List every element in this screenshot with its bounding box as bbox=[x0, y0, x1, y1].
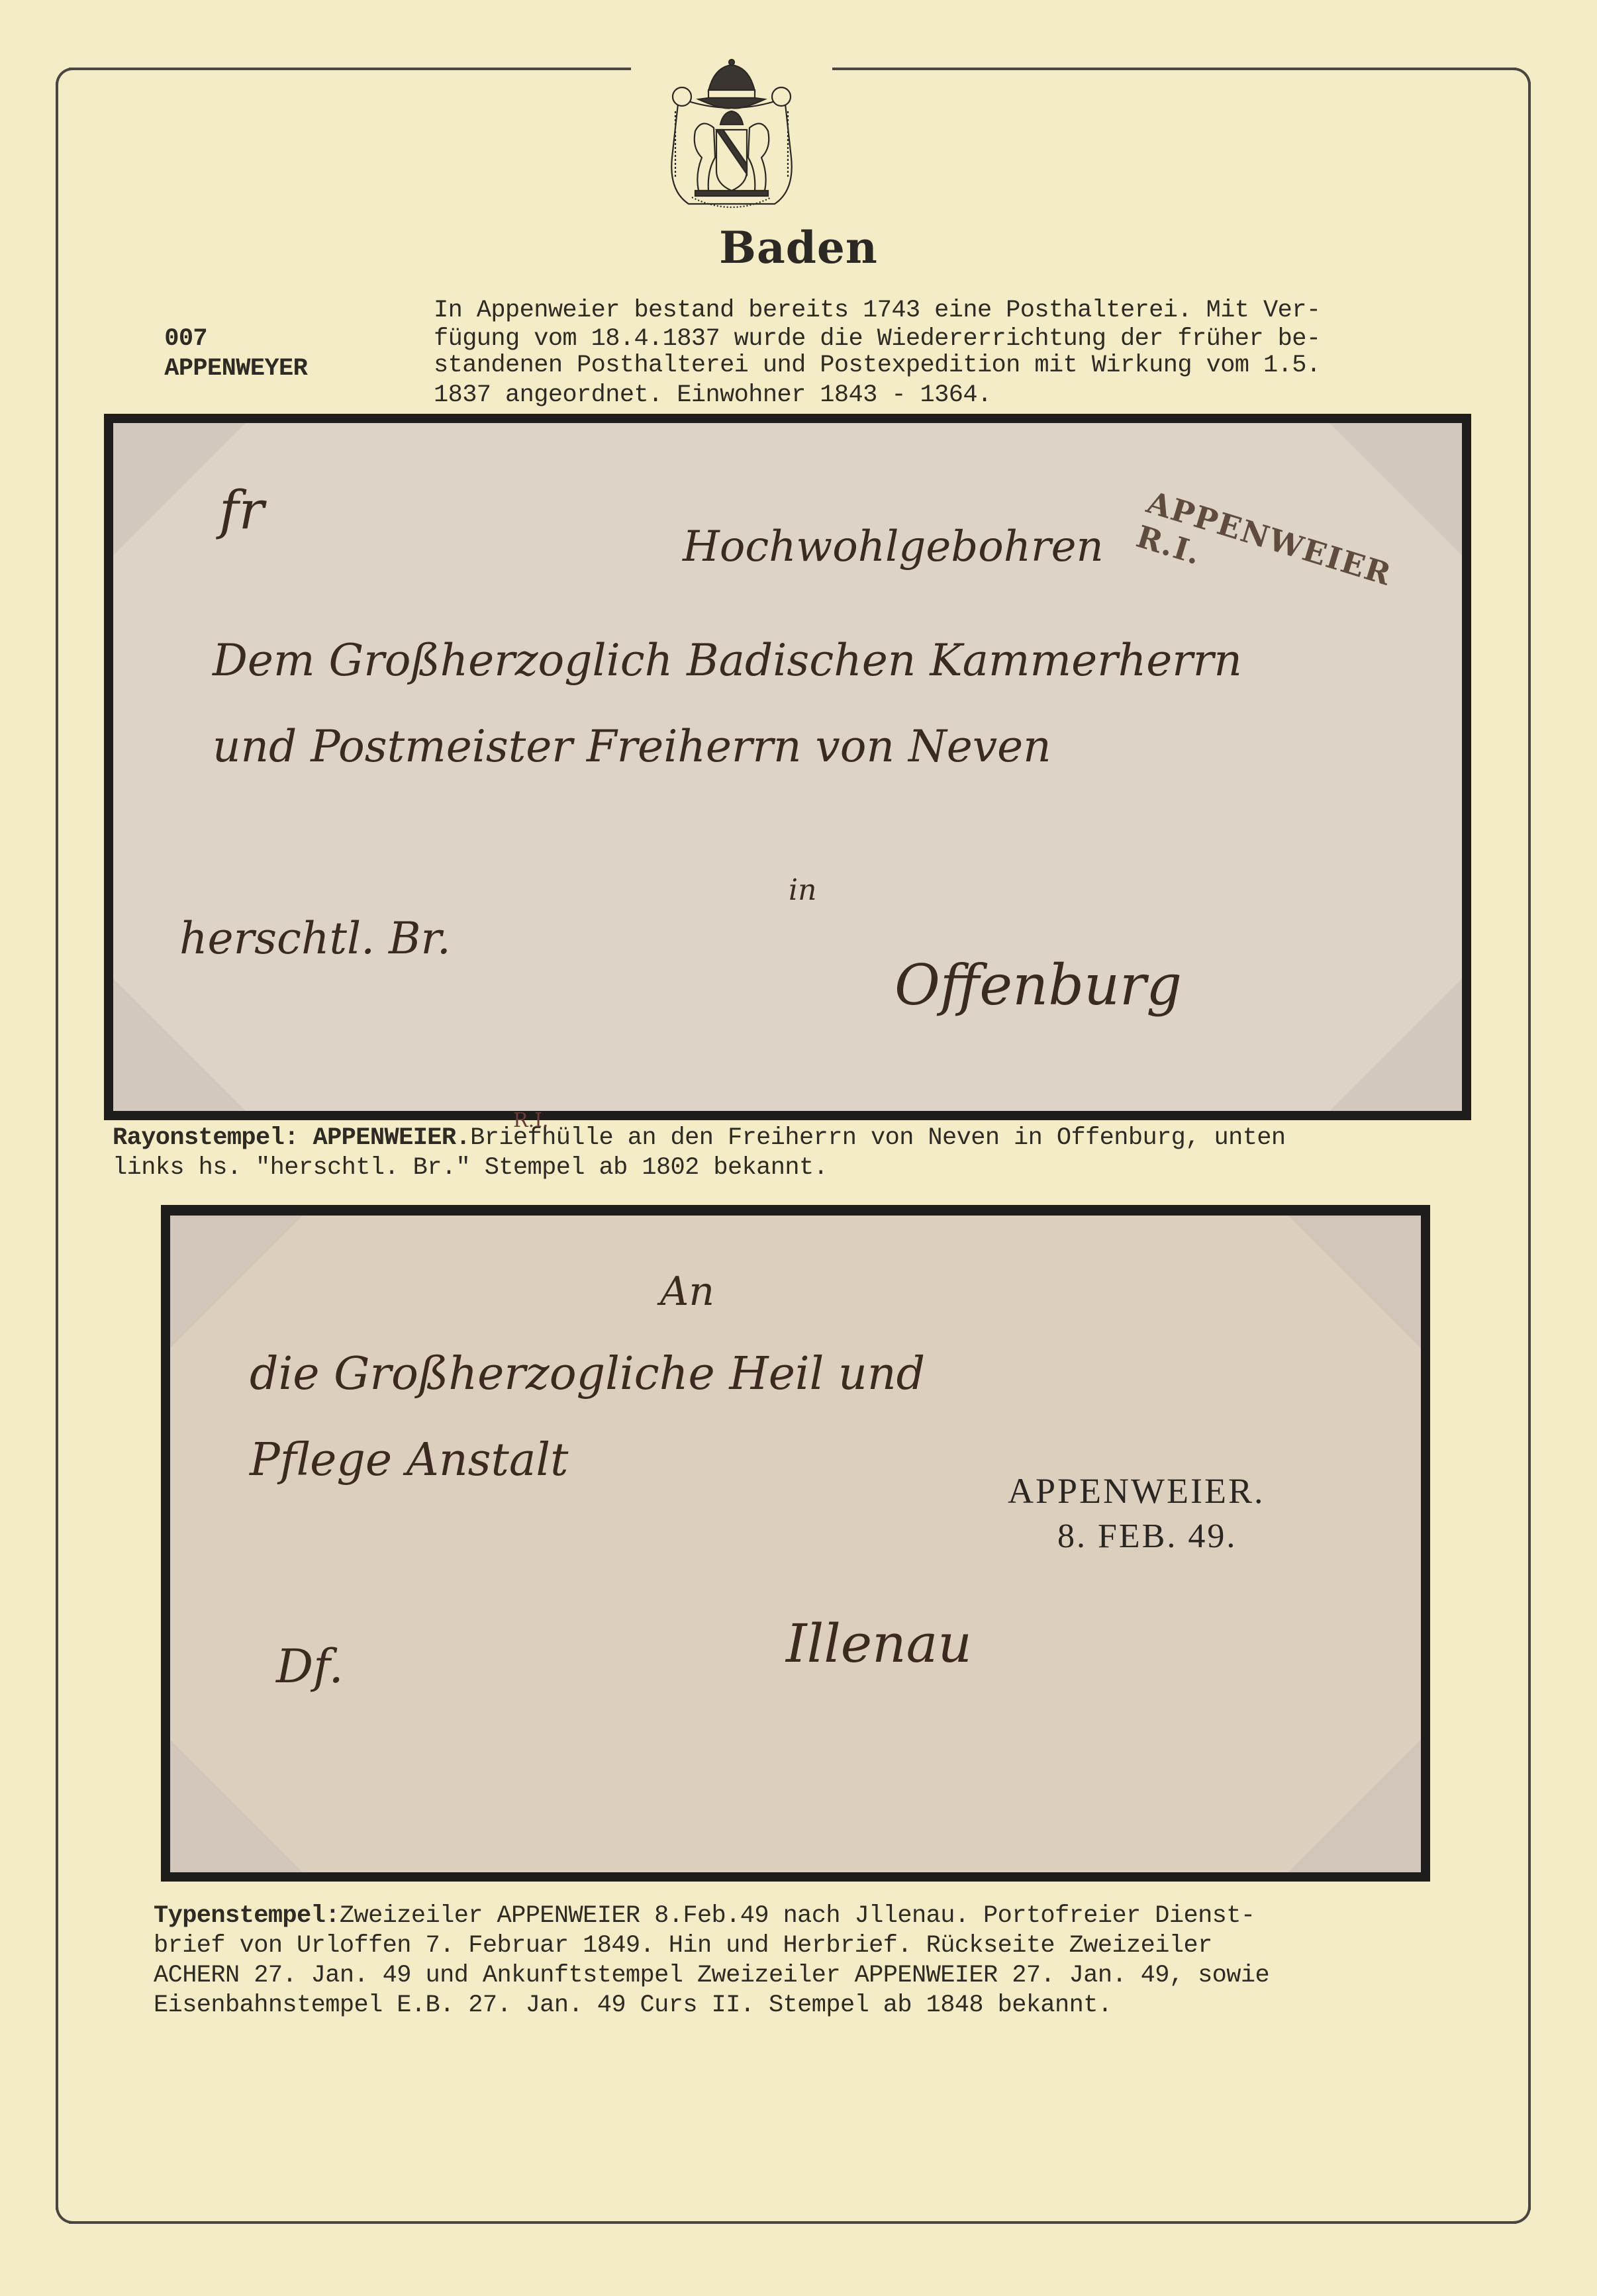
frame-corner bbox=[1502, 68, 1531, 97]
type-postmark-line-2: 8. FEB. 49. bbox=[1057, 1517, 1237, 1556]
cover-1-paper: fr APPENWEIER R.I. Hochwohlgebohren Dem … bbox=[113, 423, 1462, 1111]
caption-1-text: Briefhülle an den Freiherrn von Neven in… bbox=[470, 1124, 1285, 1152]
photo-corner bbox=[1288, 1740, 1421, 1872]
handwriting-destination: Illenau bbox=[786, 1613, 972, 1674]
entry-number: 007 APPENWEYER bbox=[136, 295, 307, 384]
rayon-postmark: APPENWEIER R.I. bbox=[1132, 484, 1459, 646]
handwriting-address-5: Offenburg bbox=[895, 953, 1182, 1018]
page-title: Baden bbox=[0, 222, 1597, 273]
entry-place: APPENWEYER bbox=[164, 355, 307, 383]
caption-2-line-3: ACHERN 27. Jan. 49 und Ankunftstempel Zw… bbox=[154, 1961, 1269, 1991]
header-line-4: 1837 angeordnet. Einwohner 1843 - 1364. bbox=[434, 381, 992, 410]
handwriting-address-1: Hochwohlgebohren bbox=[683, 522, 1104, 571]
photo-corner bbox=[170, 1740, 303, 1872]
handwriting-franco: fr bbox=[219, 479, 264, 541]
caption-2-line-2: brief von Urloffen 7. Februar 1849. Hin … bbox=[154, 1931, 1212, 1961]
caption-1-label: Rayonstempel: bbox=[113, 1124, 299, 1152]
photo-corner bbox=[170, 1216, 303, 1348]
frame-corner bbox=[56, 68, 85, 97]
caption-1-line-2: links hs. "herschtl. Br." Stempel ab 180… bbox=[113, 1153, 828, 1183]
caption-2-label: Typenstempel: bbox=[154, 1902, 340, 1930]
handwriting-address-3: und Postmeister Freiherrn von Neven bbox=[213, 721, 1051, 772]
handwriting-address-3: Pflege Anstalt bbox=[250, 1434, 568, 1486]
photo-corner bbox=[1288, 1216, 1421, 1348]
frame-top-right bbox=[832, 68, 1516, 70]
caption-2-text: Zweizeiler APPENWEIER 8.Feb.49 nach Jlle… bbox=[340, 1902, 1255, 1930]
caption-2-line-1: Typenstempel:Zweizeiler APPENWEIER 8.Feb… bbox=[154, 1901, 1255, 1931]
handwriting-note: Df. bbox=[276, 1639, 344, 1694]
handwriting-address-4: in bbox=[789, 873, 816, 907]
frame-corner bbox=[1502, 2195, 1531, 2224]
handwriting-address-2: Dem Großherzoglich Badischen Kammerherrn bbox=[213, 635, 1242, 686]
cover-2-paper: An die Großherzogliche Heil und Pflege A… bbox=[170, 1216, 1421, 1872]
handwriting-address-2: die Großherzogliche Heil und bbox=[250, 1348, 925, 1400]
cover-1: fr APPENWEIER R.I. Hochwohlgebohren Dem … bbox=[104, 414, 1471, 1120]
caption-1-stamp-name: APPENWEIER. bbox=[313, 1124, 470, 1152]
header-line-3: standenen Posthalterei und Postexpeditio… bbox=[434, 351, 1320, 381]
frame-right bbox=[1528, 82, 1531, 2210]
photo-corner bbox=[113, 979, 246, 1111]
photo-corner bbox=[1330, 423, 1462, 555]
photo-corner bbox=[1330, 979, 1462, 1111]
cover-2: An die Großherzogliche Heil und Pflege A… bbox=[161, 1205, 1430, 1882]
frame-corner bbox=[56, 2195, 85, 2224]
header-line-2: fügung vom 18.4.1837 wurde die Wiedererr… bbox=[434, 324, 1320, 354]
frame-left bbox=[56, 82, 58, 2210]
handwriting-note: herschtl. Br. bbox=[179, 913, 451, 964]
caption-2-line-4: Eisenbahnstempel E.B. 27. Jan. 49 Curs I… bbox=[154, 1991, 1112, 2021]
entry-number-value: 007 bbox=[164, 325, 207, 353]
handwriting-address-1: An bbox=[660, 1268, 714, 1315]
caption-1-line-1: Rayonstempel: APPENWEIER.Briefhülle an d… bbox=[113, 1124, 1286, 1153]
frame-bottom bbox=[69, 2221, 1516, 2224]
caption-1-annotation: R.I. bbox=[513, 1109, 549, 1132]
header-line-1: In Appenweier bestand bereits 1743 eine … bbox=[434, 296, 1320, 326]
coat-of-arms-icon bbox=[655, 58, 808, 224]
frame-top-left bbox=[69, 68, 631, 70]
type-postmark-line-1: APPENWEIER. bbox=[1008, 1470, 1265, 1511]
